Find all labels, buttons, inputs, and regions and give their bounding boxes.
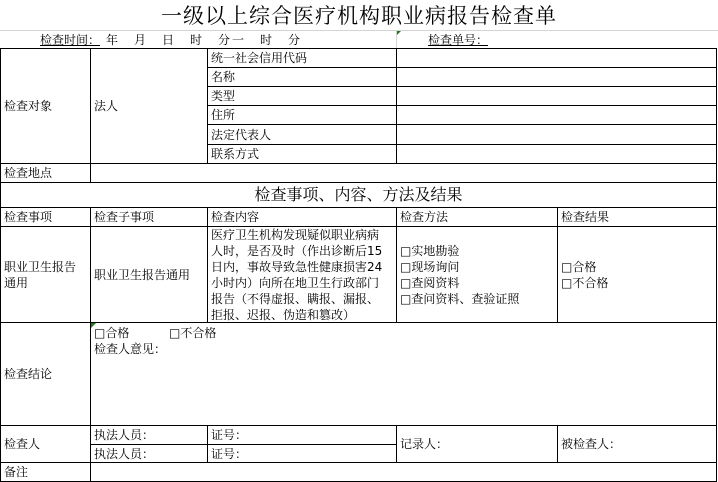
field-address-label: 住所	[207, 105, 397, 125]
field-legal-rep-label: 法定代表人	[207, 124, 397, 145]
time-label: 检查时间：	[40, 32, 100, 48]
subject-type: 法人	[90, 48, 208, 164]
item-content: 医疗卫生机构发现疑似职业病病 人时，是否及时（作出诊断后15 日内，事故导致急性…	[207, 226, 397, 323]
form-title: 一级以上综合医疗机构职业病报告检查单	[0, 0, 718, 31]
item-sub-matter: 职业卫生报告通用	[90, 226, 208, 323]
conclusion-label: 检查结论	[0, 322, 91, 426]
conclusion-checkbox-pass[interactable]: □合格	[94, 325, 169, 341]
field-name-label: 名称	[207, 67, 397, 87]
field-credit-code-label: 统一社会信用代码	[207, 48, 397, 68]
time-parts[interactable]: 年 月 日 时 分一 时 分	[106, 32, 302, 48]
section-title: 检查事项、内容、方法及结果	[0, 182, 717, 208]
officer-2-label[interactable]: 执法人员：	[90, 444, 208, 463]
column-header-result: 检查结果	[557, 207, 717, 227]
field-type-label: 类型	[207, 86, 397, 106]
method-checkbox-site-survey[interactable]: □实地勘验	[400, 243, 459, 259]
conclusion-body: □合格 □不合格 检查人意见：	[90, 322, 717, 426]
column-header-content: 检查内容	[207, 207, 397, 227]
conclusion-options: □合格 □不合格	[94, 325, 216, 341]
gridline	[396, 31, 397, 48]
column-header-matter: 检查事项	[0, 207, 91, 227]
item-matter: 职业卫生报告通用	[0, 226, 91, 323]
content-line: 人时，是否及时（作出诊断后15	[211, 243, 382, 259]
remarks-label: 备注	[0, 462, 91, 482]
content-line: 拒报、迟报、伪造和篡改）	[211, 307, 355, 323]
field-credit-code-value[interactable]	[396, 48, 717, 68]
cert-1-label[interactable]: 证号：	[207, 425, 397, 445]
field-type-value[interactable]	[396, 86, 717, 106]
field-name-value[interactable]	[396, 67, 717, 87]
method-checkbox-onsite-inquiry[interactable]: □现场询问	[400, 259, 459, 275]
result-checkbox-pass[interactable]: □合格	[561, 259, 596, 275]
item-methods: □实地勘验 □现场询问 □查阅资料 □查问资料、查验证照	[396, 226, 558, 323]
time-row: 检查时间： 年 月 日 时 分一 时 分	[40, 31, 400, 48]
remarks-value[interactable]	[90, 462, 717, 482]
field-contact-label: 联系方式	[207, 144, 397, 164]
item-results: □合格 □不合格	[557, 226, 717, 323]
field-contact-value[interactable]	[396, 144, 717, 164]
conclusion-checkbox-fail[interactable]: □不合格	[169, 325, 216, 341]
comment-marker-icon	[91, 323, 96, 328]
recorder-label[interactable]: 记录人：	[396, 425, 558, 463]
content-line: 医疗卫生机构发现疑似职业病病	[211, 227, 379, 243]
method-checkbox-verify-certs[interactable]: □查问资料、查验证照	[400, 291, 519, 307]
location-label: 检查地点	[0, 163, 91, 183]
content-line: 报告（不得虚报、瞒报、漏报、	[211, 291, 379, 307]
result-checkbox-fail[interactable]: □不合格	[561, 275, 608, 291]
inspected-party-label[interactable]: 被检查人：	[557, 425, 717, 463]
subject-label: 检查对象	[0, 48, 91, 164]
column-header-method: 检查方法	[396, 207, 558, 227]
content-line: 日内，事故导致急性健康损害24	[211, 259, 382, 275]
officer-1-label[interactable]: 执法人员：	[90, 425, 208, 445]
column-header-sub-matter: 检查子事项	[90, 207, 208, 227]
cert-2-label[interactable]: 证号：	[207, 444, 397, 463]
inspector-opinion-label[interactable]: 检查人意见：	[94, 341, 166, 357]
location-value[interactable]	[90, 163, 717, 183]
field-legal-rep-value[interactable]	[396, 124, 717, 145]
content-line: 小时内）向所在地卫生行政部门	[211, 275, 379, 291]
method-checkbox-review-docs[interactable]: □查阅资料	[400, 275, 459, 291]
field-address-value[interactable]	[396, 105, 717, 125]
item-matter-text: 职业卫生报告通用	[4, 259, 84, 291]
inspector-label: 检查人	[0, 425, 91, 463]
inspection-number-label[interactable]: 检查单号：	[428, 31, 628, 48]
